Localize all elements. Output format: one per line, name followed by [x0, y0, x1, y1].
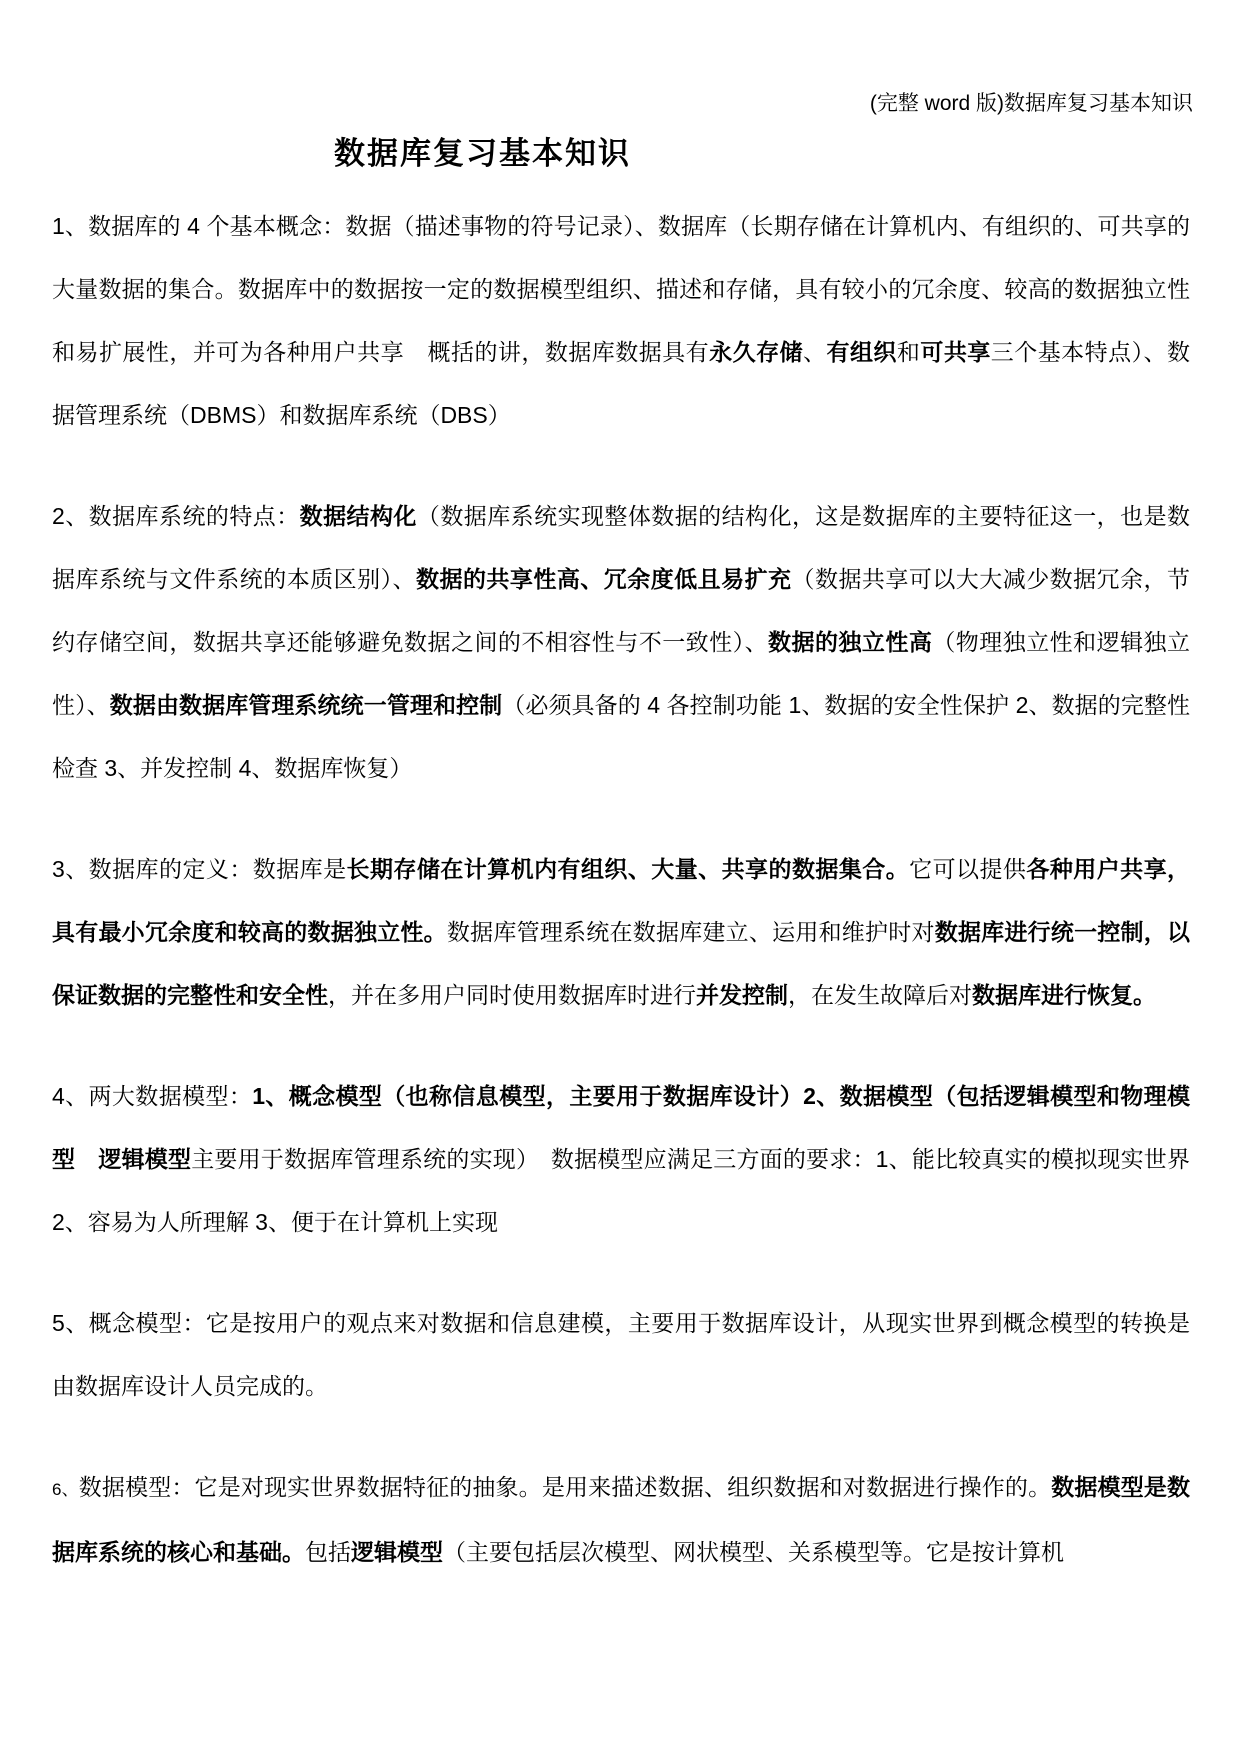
bold-text-run: 长期存储在计算机内有组织、大量、共享的数据集合。 [347, 856, 910, 882]
bold-text-run: 数据的共享性高、冗余度低且易扩充 [416, 566, 792, 592]
document-page: (完整 word 版)数据库复习基本知识 数据库复习基本知识 1、数据库的 4 … [0, 0, 1241, 1754]
text-run: （主要包括层次模型、网状模型、关系模型等。它是按计算机 [443, 1539, 1064, 1565]
bold-text-run: 逻辑模型 [351, 1539, 443, 1565]
paragraph: 3、数据库的定义：数据库是长期存储在计算机内有组织、大量、共享的数据集合。它可以… [52, 838, 1190, 1027]
text-run: 、 [803, 339, 826, 365]
bold-text-run: 数据由数据库管理系统统一管理和控制 [110, 692, 503, 718]
text-run: 数据模型：它是对现实世界数据特征的抽象。是用来描述数据、组织数据和对数据进行操作… [79, 1474, 1051, 1500]
bold-text-run: 数据的独立性高 [768, 629, 932, 655]
paragraph: 5、概念模型：它是按用户的观点来对数据和信息建模，主要用于数据库设计，从现实世界… [52, 1292, 1190, 1418]
text-run: 和 [897, 339, 920, 365]
paragraph: 1、数据库的 4 个基本概念：数据（描述事物的符号记录）、数据库（长期存储在计算… [52, 195, 1190, 447]
paragraph: 2、数据库系统的特点：数据结构化（数据库系统实现整体数据的结构化，这是数据库的主… [52, 485, 1190, 800]
bold-text-run: 可共享 [920, 339, 990, 365]
text-run: ，在发生故障后对 [788, 982, 972, 1008]
paragraph: 4、两大数据模型：1、概念模型（也称信息模型，主要用于数据库设计）2、数据模型（… [52, 1065, 1190, 1254]
document-title: 数据库复习基本知识 [334, 136, 631, 172]
text-run: 3、数据库的定义：数据库是 [52, 856, 347, 882]
bold-text-run: 永久存储 [709, 339, 803, 365]
text-run: 5、概念模型：它是按用户的观点来对数据和信息建模，主要用于数据库设计，从现实世界… [52, 1310, 1190, 1399]
paragraph: 6、数据模型：它是对现实世界数据特征的抽象。是用来描述数据、组织数据和对数据进行… [52, 1456, 1190, 1584]
text-run: 6、 [52, 1480, 79, 1499]
text-run: ，并在多用户同时使用数据库时进行 [328, 982, 696, 1008]
document-body: 1、数据库的 4 个基本概念：数据（描述事物的符号记录）、数据库（长期存储在计算… [52, 195, 1190, 1584]
text-run: 主要用于数据库管理系统的实现） 数据模型应满足三方面的要求：1、能比较真实的模拟… [52, 1146, 1190, 1235]
bold-text-run: 数据库进行恢复。 [972, 982, 1156, 1008]
text-run: 它可以提供 [909, 856, 1026, 882]
bold-text-run: 有组织 [826, 339, 896, 365]
bold-text-run: 数据结构化 [300, 503, 417, 529]
text-run: 4、两大数据模型： [52, 1083, 252, 1109]
page-header-right: (完整 word 版)数据库复习基本知识 [870, 90, 1193, 117]
text-run: 数据库管理系统在数据库建立、运用和维护时对 [447, 919, 935, 945]
text-run: 包括 [305, 1539, 351, 1565]
text-run: 2、数据库系统的特点： [52, 503, 300, 529]
bold-text-run: 并发控制 [696, 982, 788, 1008]
